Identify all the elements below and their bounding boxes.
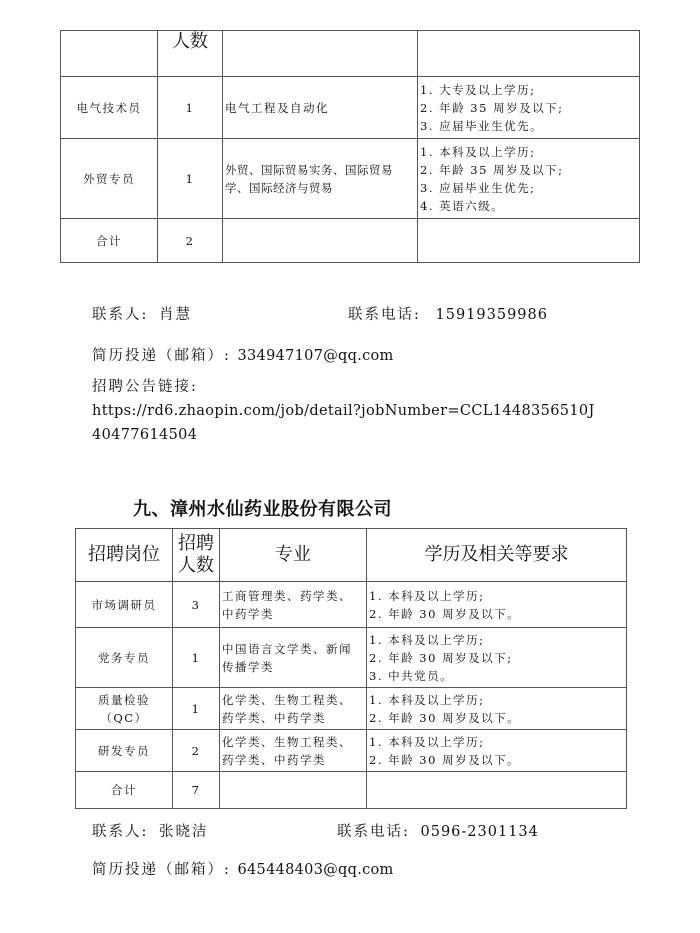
phone-label: 联系电话: (337, 824, 410, 840)
contact-label: 联系人: (92, 307, 148, 323)
requirements-cell: 1. 本科及以上学历; 2. 年龄 30 周岁及以下; 3. 中共党员。 (367, 628, 627, 688)
requirements-cell: 1. 本科及以上学历; 2. 年龄 30 周岁及以下。 (367, 730, 627, 772)
position-cell: 质量检验 （QC） (76, 688, 173, 730)
table-total-row: 合计 7 (76, 772, 627, 809)
job-link-line2[interactable]: 40477614504 (92, 427, 197, 443)
phone-line-section9: 联系电话: 0596-2301134 (337, 820, 539, 841)
email-line-section8: 简历投递（邮箱）: 334947107@qq.com (92, 344, 394, 365)
table-row: 研发专员 2 化学类、生物工程类、药学类、中药学类 1. 本科及以上学历; 2.… (76, 730, 627, 772)
table-row: 外贸专员 1 外贸、国际贸易实务、国际贸易学、国际经济与贸易 1. 本科及以上学… (61, 139, 640, 219)
email-address[interactable]: 334947107@qq.com (238, 348, 394, 364)
major-cell: 中国语言文学类、新闻传播学类 (220, 628, 367, 688)
contact-line-section9: 联系人: 张晓洁 (92, 820, 209, 841)
count-cell: 1 (173, 628, 220, 688)
email-line-section9: 简历投递（邮箱）: 645448403@qq.com (92, 858, 394, 879)
major-cell: 化学类、生物工程类、药学类、中药学类 (220, 688, 367, 730)
header-requirements: 学历及相关等要求 (367, 529, 627, 582)
contact-label: 联系人: (92, 824, 148, 840)
phone-label: 联系电话: (348, 307, 421, 323)
phone-number: 0596-2301134 (421, 824, 539, 840)
requirements-cell: 1. 本科及以上学历; 2. 年龄 30 周岁及以下。 (367, 582, 627, 628)
header-count: 招聘 人数 (173, 529, 220, 582)
position-cell: 研发专员 (76, 730, 173, 772)
phone-line-section8: 联系电话: 15919359986 (348, 303, 548, 324)
recruitment-table-section8: 人数 电气技术员 1 电气工程及自动化 1. 大专及以上学历; 2. 年龄 35… (60, 30, 640, 263)
email-label: 简历投递（邮箱）: (92, 348, 231, 364)
requirements-cell: 1. 本科及以上学历; 2. 年龄 30 周岁及以下。 (367, 688, 627, 730)
table-row: 电气技术员 1 电气工程及自动化 1. 大专及以上学历; 2. 年龄 35 周岁… (61, 77, 640, 139)
major-cell: 外贸、国际贸易实务、国际贸易学、国际经济与贸易 (223, 139, 418, 219)
table-row: 市场调研员 3 工商管理类、药学类、中药学类 1. 本科及以上学历; 2. 年龄… (76, 582, 627, 628)
total-count: 2 (158, 219, 223, 263)
link-label: 招聘公告链接: (92, 375, 198, 396)
count-cell: 1 (158, 77, 223, 139)
position-cell: 党务专员 (76, 628, 173, 688)
position-cell: 外贸专员 (61, 139, 158, 219)
contact-name: 肖慧 (159, 307, 192, 323)
contact-line-section8: 联系人: 肖慧 (92, 303, 192, 324)
position-cell: 电气技术员 (61, 77, 158, 139)
header-count-fragment: 人数 (158, 31, 223, 77)
email-label: 简历投递（邮箱）: (92, 862, 231, 878)
recruitment-table-section9: 招聘岗位 招聘 人数 专业 学历及相关等要求 市场调研员 3 工商管理类、药学类… (75, 528, 627, 809)
table-row: 党务专员 1 中国语言文学类、新闻传播学类 1. 本科及以上学历; 2. 年龄 … (76, 628, 627, 688)
position-cell: 市场调研员 (76, 582, 173, 628)
requirements-cell: 1. 本科及以上学历; 2. 年龄 35 周岁及以下; 3. 应届毕业生优先; … (418, 139, 640, 219)
requirements-cell: 1. 大专及以上学历; 2. 年龄 35 周岁及以下; 3. 应届毕业生优先。 (418, 77, 640, 139)
contact-name: 张晓洁 (159, 824, 209, 840)
header-position: 招聘岗位 (76, 529, 173, 582)
table-header-row: 招聘岗位 招聘 人数 专业 学历及相关等要求 (76, 529, 627, 582)
total-label: 合计 (61, 219, 158, 263)
table-header-row: 人数 (61, 31, 640, 77)
header-major: 专业 (220, 529, 367, 582)
job-link-line1[interactable]: https://rd6.zhaopin.com/job/detail?jobNu… (92, 403, 595, 419)
phone-number: 15919359986 (436, 307, 548, 323)
count-cell: 3 (173, 582, 220, 628)
total-count: 7 (173, 772, 220, 809)
count-cell: 1 (158, 139, 223, 219)
major-cell: 工商管理类、药学类、中药学类 (220, 582, 367, 628)
major-cell: 电气工程及自动化 (223, 77, 418, 139)
count-cell: 1 (173, 688, 220, 730)
email-address[interactable]: 645448403@qq.com (238, 862, 394, 878)
total-label: 合计 (76, 772, 173, 809)
count-cell: 2 (173, 730, 220, 772)
major-cell: 化学类、生物工程类、药学类、中药学类 (220, 730, 367, 772)
section-title: 九、漳州水仙药业股份有限公司 (133, 495, 392, 521)
table-row: 质量检验 （QC） 1 化学类、生物工程类、药学类、中药学类 1. 本科及以上学… (76, 688, 627, 730)
table-total-row: 合计 2 (61, 219, 640, 263)
